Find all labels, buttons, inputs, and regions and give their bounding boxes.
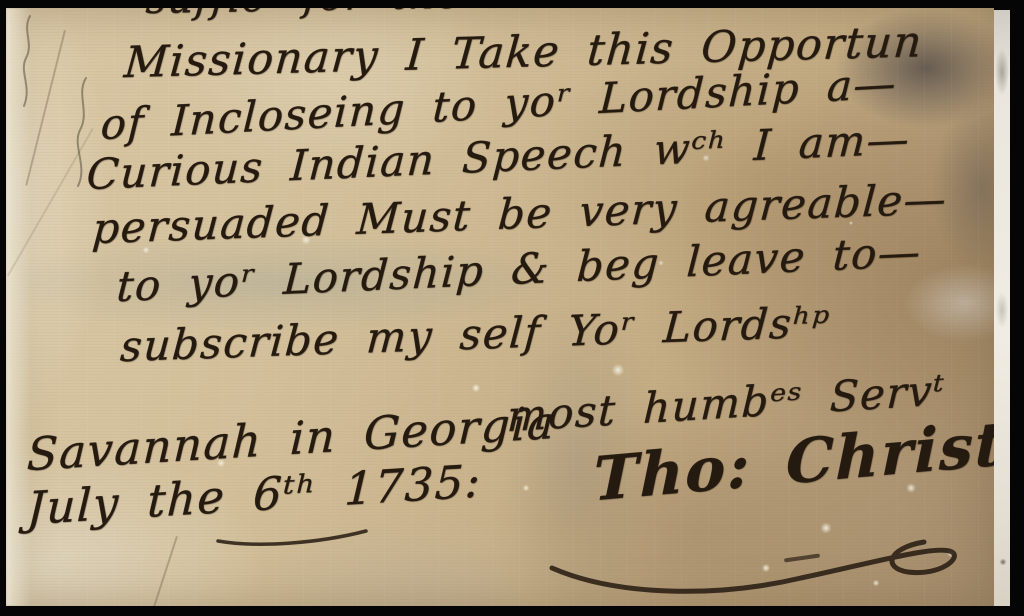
date-underline-flourish bbox=[214, 526, 374, 550]
paper-backing-strip bbox=[994, 10, 1010, 606]
letter-line: subscribe my self Yoʳ Lordsʰᵖ bbox=[119, 301, 832, 368]
manuscript-paper: sufficᵗ for the Maint— Missionary I Take… bbox=[6, 8, 994, 606]
crease-line bbox=[151, 536, 178, 606]
document-photo: sufficᵗ for the Maint— Missionary I Take… bbox=[0, 0, 1024, 616]
margin-annotation-marks bbox=[14, 12, 44, 112]
ink-smudge bbox=[784, 554, 820, 563]
signature-flourish bbox=[546, 520, 976, 605]
letter-line-partial: sufficᵗ for the Maint— bbox=[144, 8, 658, 20]
